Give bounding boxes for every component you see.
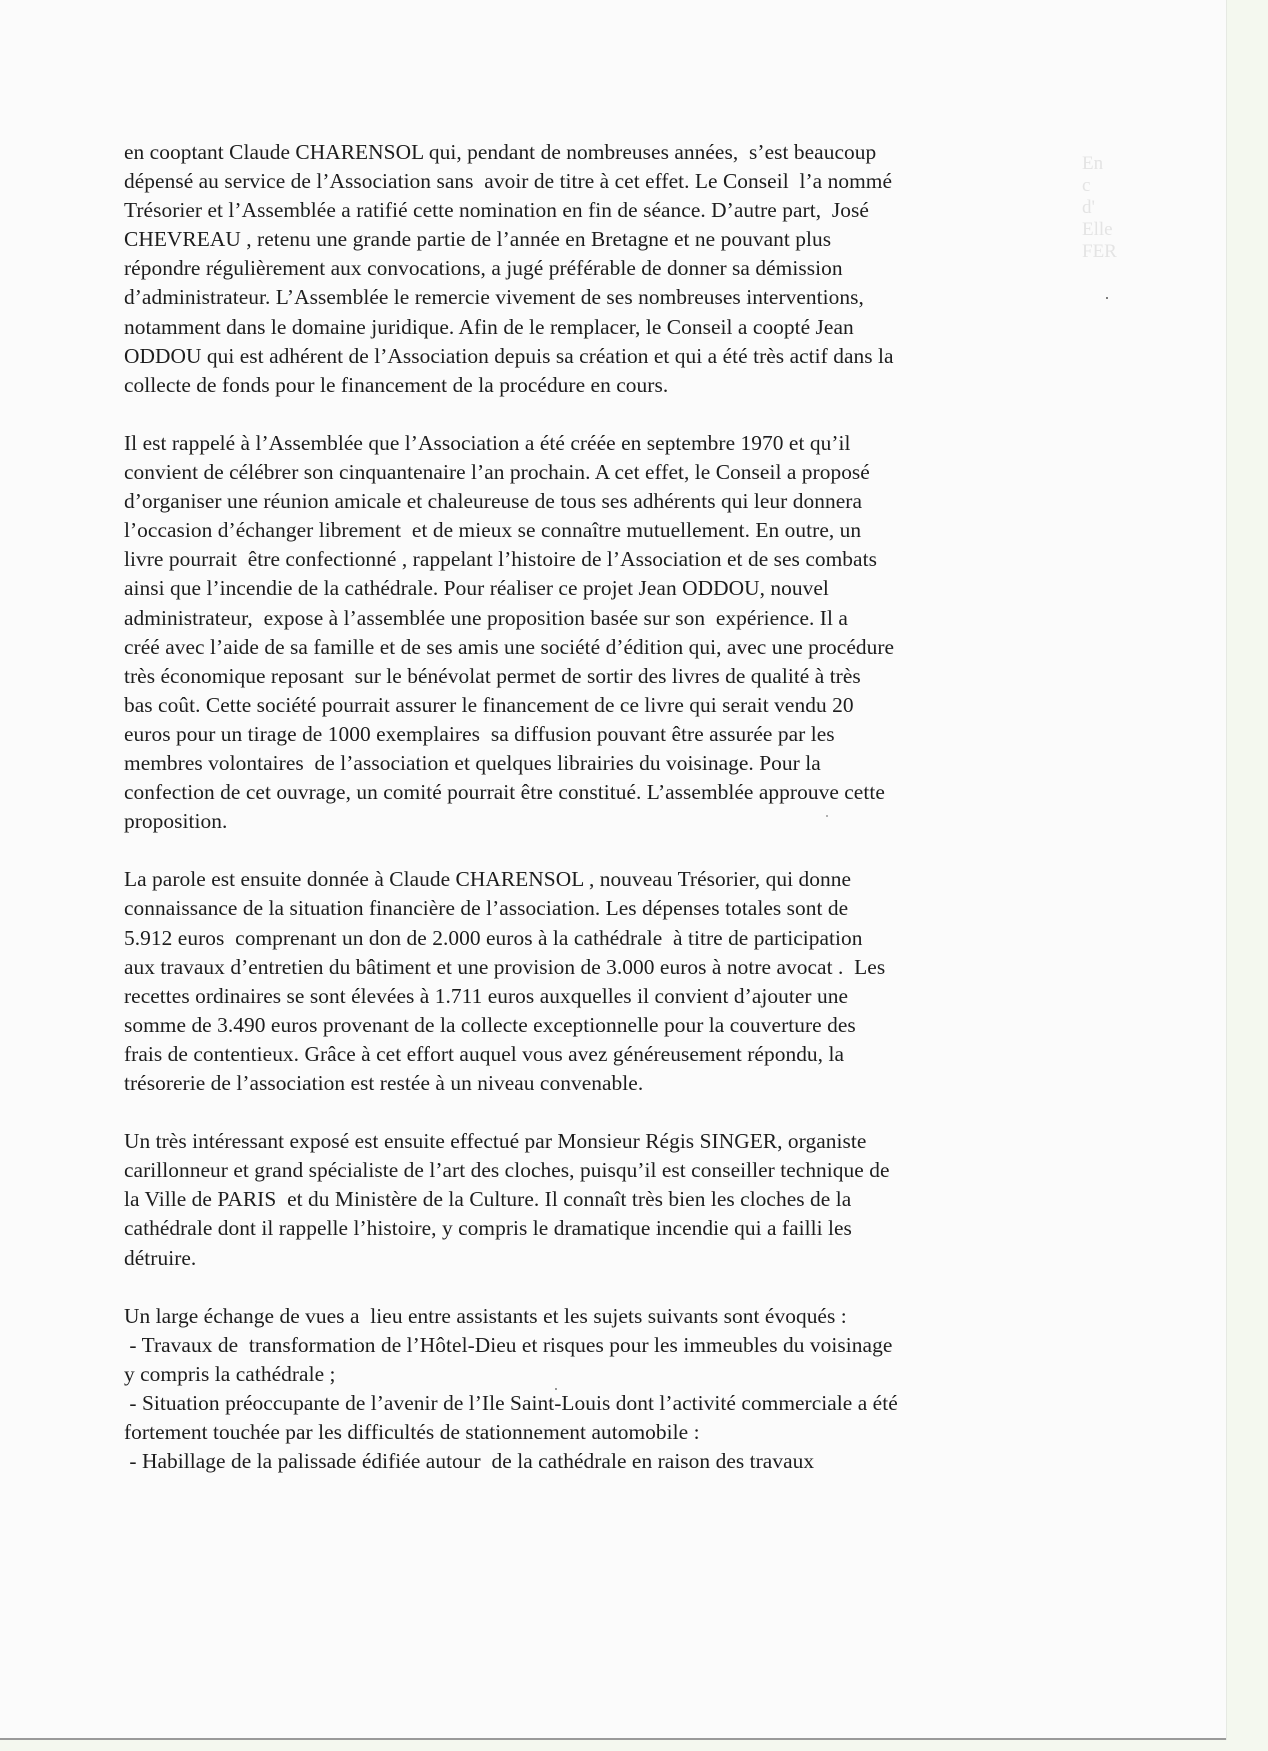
text-line: la Ville de PARIS et du Ministère de la … <box>124 1185 1084 1214</box>
bleed-fragment: c <box>1082 175 1117 197</box>
text-line: frais de contentieux. Grâce à cet effort… <box>124 1040 1084 1069</box>
text-line: trésorerie de l’association est restée à… <box>124 1069 1084 1098</box>
text-line: euros pour un tirage de 1000 exemplaires… <box>124 720 1084 749</box>
text-line: Un large échange de vues a lieu entre as… <box>124 1302 1084 1331</box>
text-line: collecte de fonds pour le financement de… <box>124 371 1084 400</box>
list-item-ile-saint-louis: - Situation préoccupante de l’avenir de … <box>124 1389 1084 1418</box>
bleed-through-text: Encd'ElleFER <box>1082 153 1117 263</box>
text-line: membres volontaires de l’association et … <box>124 749 1084 778</box>
paragraph-board-changes: en cooptant Claude CHARENSOL qui, pendan… <box>124 138 1084 400</box>
text-line: proposition. <box>124 807 1084 836</box>
text-line: l’occasion d’échanger librement et de mi… <box>124 516 1084 545</box>
bleed-fragment: d' <box>1082 197 1117 219</box>
bleed-fragment: Elle <box>1082 219 1117 241</box>
document-body: en cooptant Claude CHARENSOL qui, pendan… <box>124 138 1084 1505</box>
text-line: Il est rappelé à l’Assemblée que l’Assoc… <box>124 429 1084 458</box>
text-line: d’organiser une réunion amicale et chale… <box>124 487 1084 516</box>
text-line: détruire. <box>124 1244 1084 1273</box>
text-line: répondre régulièrement aux convocations,… <box>124 254 1084 283</box>
text-line: dépensé au service de l’Association sans… <box>124 167 1084 196</box>
paragraph-fiftieth-anniversary: Il est rappelé à l’Assemblée que l’Assoc… <box>124 429 1084 836</box>
text-line: bas coût. Cette société pourrait assurer… <box>124 691 1084 720</box>
text-line: connaissance de la situation financière … <box>124 894 1084 923</box>
scan-speck <box>1106 297 1108 299</box>
scanned-page: Encd'ElleFER en cooptant Claude CHARENSO… <box>0 0 1226 1740</box>
list-item-palissade: - Habillage de la palissade édifiée auto… <box>124 1447 1084 1476</box>
text-line: somme de 3.490 euros provenant de la col… <box>124 1011 1084 1040</box>
text-line: aux travaux d’entretien du bâtiment et u… <box>124 953 1084 982</box>
paragraph-treasurer-report: La parole est ensuite donnée à Claude CH… <box>124 865 1084 1098</box>
paragraph-discussion-topics: Un large échange de vues a lieu entre as… <box>124 1302 1084 1477</box>
text-line: en cooptant Claude CHARENSOL qui, pendan… <box>124 138 1084 167</box>
text-line: carillonneur et grand spécialiste de l’a… <box>124 1156 1084 1185</box>
text-line: ODDOU qui est adhérent de l’Association … <box>124 342 1084 371</box>
text-line: Un très intéressant exposé est ensuite e… <box>124 1127 1084 1156</box>
list-item-hotel-dieu: - Travaux de transformation de l’Hôtel-D… <box>124 1331 1084 1360</box>
text-line: y compris la cathédrale ; <box>124 1360 1084 1389</box>
text-line: créé avec l’aide de sa famille et de ses… <box>124 633 1084 662</box>
text-line: ainsi que l’incendie de la cathédrale. P… <box>124 574 1084 603</box>
text-line: fortement touchée par les difficultés de… <box>124 1418 1084 1447</box>
text-line: La parole est ensuite donnée à Claude CH… <box>124 865 1084 894</box>
text-line: recettes ordinaires se sont élevées à 1.… <box>124 982 1084 1011</box>
text-line: administrateur, expose à l’assemblée une… <box>124 604 1084 633</box>
text-line: cathédrale dont il rappelle l’histoire, … <box>124 1214 1084 1243</box>
text-line: convient de célébrer son cinquantenaire … <box>124 458 1084 487</box>
text-line: livre pourrait être confectionné , rappe… <box>124 545 1084 574</box>
bleed-fragment: FER <box>1082 241 1117 263</box>
text-line: confection de cet ouvrage, un comité pou… <box>124 778 1084 807</box>
paragraph-bells-presentation: Un très intéressant exposé est ensuite e… <box>124 1127 1084 1272</box>
text-line: très économique reposant sur le bénévola… <box>124 662 1084 691</box>
bleed-fragment: En <box>1082 153 1117 175</box>
text-line: CHEVREAU , retenu une grande partie de l… <box>124 225 1084 254</box>
text-line: d’administrateur. L’Assemblée le remerci… <box>124 283 1084 312</box>
text-line: notamment dans le domaine juridique. Afi… <box>124 313 1084 342</box>
text-line: Trésorier et l’Assemblée a ratifié cette… <box>124 196 1084 225</box>
text-line: 5.912 euros comprenant un don de 2.000 e… <box>124 924 1084 953</box>
